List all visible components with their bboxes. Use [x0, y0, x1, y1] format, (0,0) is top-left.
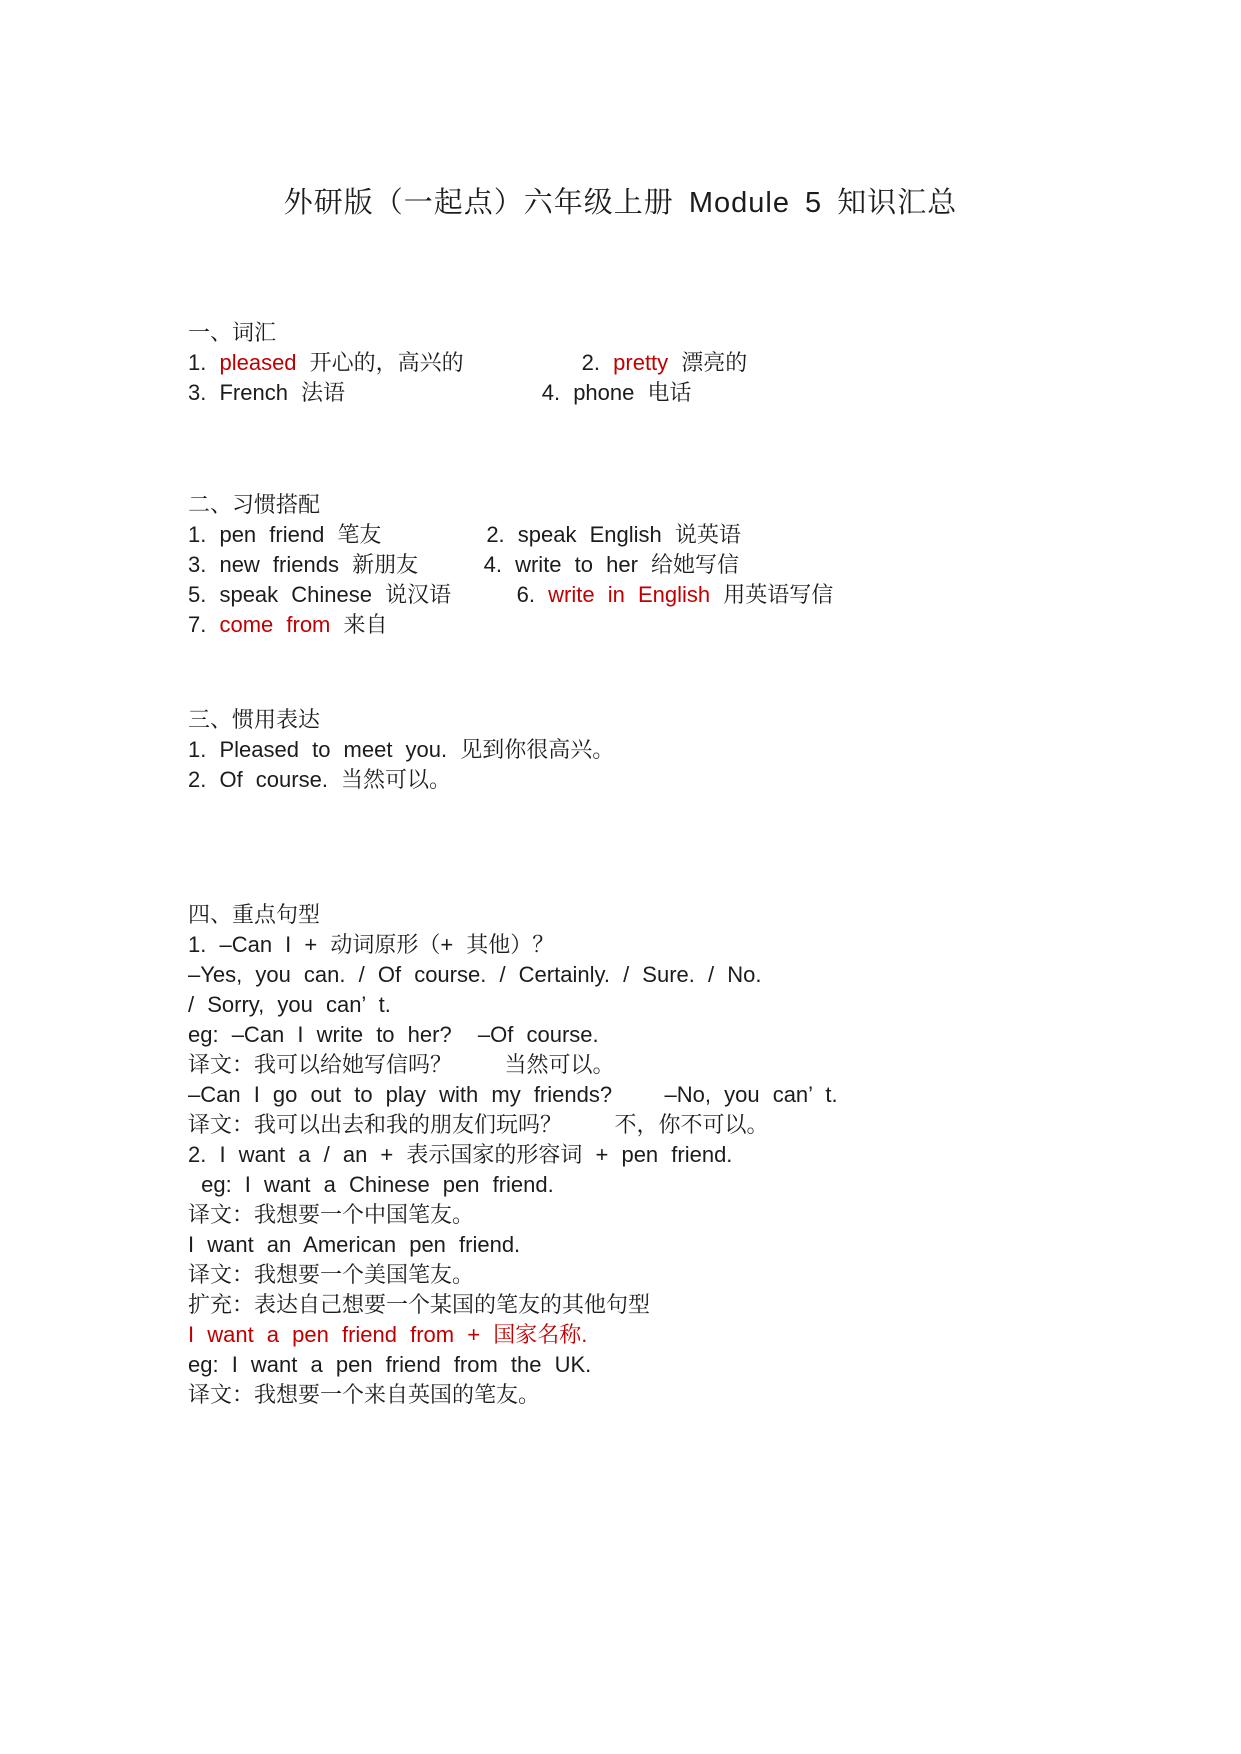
text-segment: eg: –Can I write to her? –Of course.	[188, 1022, 599, 1047]
text-line: –Yes, you can. / Of course. / Certainly.…	[188, 960, 1181, 990]
text-segment: 1. –Can I + 动词原形（+ 其他）？	[188, 932, 554, 957]
section-4: 四、重点句型1. –Can I + 动词原形（+ 其他）？–Yes, you c…	[188, 900, 1181, 1410]
text-segment: –Yes, you can. / Of course. / Certainly.…	[188, 962, 761, 987]
text-segment: 7.	[188, 612, 219, 637]
section-heading: 一、词汇	[188, 318, 1181, 348]
text-segment: 2. I want a / an + 表示国家的形容词 + pen friend…	[188, 1142, 732, 1167]
text-line: 扩充：表达自己想要一个某国的笔友的其他句型	[188, 1290, 1181, 1320]
text-segment: 译文：我想要一个美国笔友。	[188, 1262, 474, 1287]
text-line: 译文：我想要一个来自英国的笔友。	[188, 1380, 1181, 1410]
text-segment: 译文：我可以给她写信吗？ 当然可以。	[188, 1052, 614, 1077]
document-title: 外研版（一起点）六年级上册 Module 5 知识汇总	[0, 185, 1241, 221]
text-segment: / Sorry, you can’ t.	[188, 992, 391, 1017]
text-segment: 1. pen friend 笔友 2. speak English 说英语	[188, 522, 741, 547]
text-segment: 扩充：表达自己想要一个某国的笔友的其他句型	[188, 1292, 650, 1317]
text-segment: 译文：我可以出去和我的朋友们玩吗？ 不，你不可以。	[188, 1112, 768, 1137]
text-segment: 来自	[330, 612, 387, 637]
text-line: / Sorry, you can’ t.	[188, 990, 1181, 1020]
text-segment: 开心的，高兴的 2.	[297, 350, 614, 375]
text-segment: 5. speak Chinese 说汉语 6.	[188, 582, 548, 607]
text-segment: 1.	[188, 350, 219, 375]
text-segment: 译文：我想要一个来自英国的笔友。	[188, 1382, 540, 1407]
text-line: 2. Of course. 当然可以。	[188, 765, 1181, 795]
text-line: I want an American pen friend.	[188, 1230, 1181, 1260]
text-line: 5. speak Chinese 说汉语 6. write in English…	[188, 580, 1181, 610]
text-line: 译文：我可以给她写信吗？ 当然可以。	[188, 1050, 1181, 1080]
text-line: 3. new friends 新朋友 4. write to her 给她写信	[188, 550, 1181, 580]
text-line: eg: I want a pen friend from the UK.	[188, 1350, 1181, 1380]
highlighted-text: come from	[219, 612, 330, 637]
text-segment: eg: I want a Chinese pen friend.	[188, 1172, 554, 1197]
text-line: I want a pen friend from + 国家名称.	[188, 1320, 1181, 1350]
text-line: 译文：我可以出去和我的朋友们玩吗？ 不，你不可以。	[188, 1110, 1181, 1140]
text-line: 1. pen friend 笔友 2. speak English 说英语	[188, 520, 1181, 550]
text-segment: 3. French 法语 4. phone 电话	[188, 380, 691, 405]
text-segment: 用英语写信	[710, 582, 833, 607]
text-line: 译文：我想要一个美国笔友。	[188, 1260, 1181, 1290]
section-heading: 二、习惯搭配	[188, 490, 1181, 520]
text-segment: 1. Pleased to meet you. 见到你很高兴。	[188, 737, 614, 762]
text-segment: 3. new friends 新朋友 4. write to her 给她写信	[188, 552, 739, 577]
section-heading: 四、重点句型	[188, 900, 1181, 930]
text-segment: eg: I want a pen friend from the UK.	[188, 1352, 591, 1377]
text-line: –Can I go out to play with my friends? –…	[188, 1080, 1181, 1110]
text-segment: –Can I go out to play with my friends? –…	[188, 1082, 838, 1107]
text-segment: 2. Of course. 当然可以。	[188, 767, 451, 792]
section-heading: 三、惯用表达	[188, 705, 1181, 735]
text-segment: 译文：我想要一个中国笔友。	[188, 1202, 474, 1227]
highlighted-text: pleased	[219, 350, 296, 375]
highlighted-text: pretty	[613, 350, 668, 375]
section-1: 一、词汇1. pleased 开心的，高兴的 2. pretty 漂亮的3. F…	[188, 318, 1181, 408]
text-line: 2. I want a / an + 表示国家的形容词 + pen friend…	[188, 1140, 1181, 1170]
document-page: 外研版（一起点）六年级上册 Module 5 知识汇总 一、词汇1. pleas…	[0, 0, 1241, 1754]
text-line: 1. pleased 开心的，高兴的 2. pretty 漂亮的	[188, 348, 1181, 378]
text-line: 3. French 法语 4. phone 电话	[188, 378, 1181, 408]
text-segment: 漂亮的	[668, 350, 747, 375]
highlighted-text: write in English	[548, 582, 710, 607]
section-3: 三、惯用表达1. Pleased to meet you. 见到你很高兴。2. …	[188, 705, 1181, 795]
text-line: eg: I want a Chinese pen friend.	[188, 1170, 1181, 1200]
document-body: 一、词汇1. pleased 开心的，高兴的 2. pretty 漂亮的3. F…	[0, 318, 1241, 1410]
highlighted-text: I want a pen friend from + 国家名称.	[188, 1322, 587, 1347]
section-2: 二、习惯搭配1. pen friend 笔友 2. speak English …	[188, 490, 1181, 640]
text-line: eg: –Can I write to her? –Of course.	[188, 1020, 1181, 1050]
text-segment: I want an American pen friend.	[188, 1232, 520, 1257]
text-line: 译文：我想要一个中国笔友。	[188, 1200, 1181, 1230]
text-line: 7. come from 来自	[188, 610, 1181, 640]
text-line: 1. –Can I + 动词原形（+ 其他）？	[188, 930, 1181, 960]
text-line: 1. Pleased to meet you. 见到你很高兴。	[188, 735, 1181, 765]
